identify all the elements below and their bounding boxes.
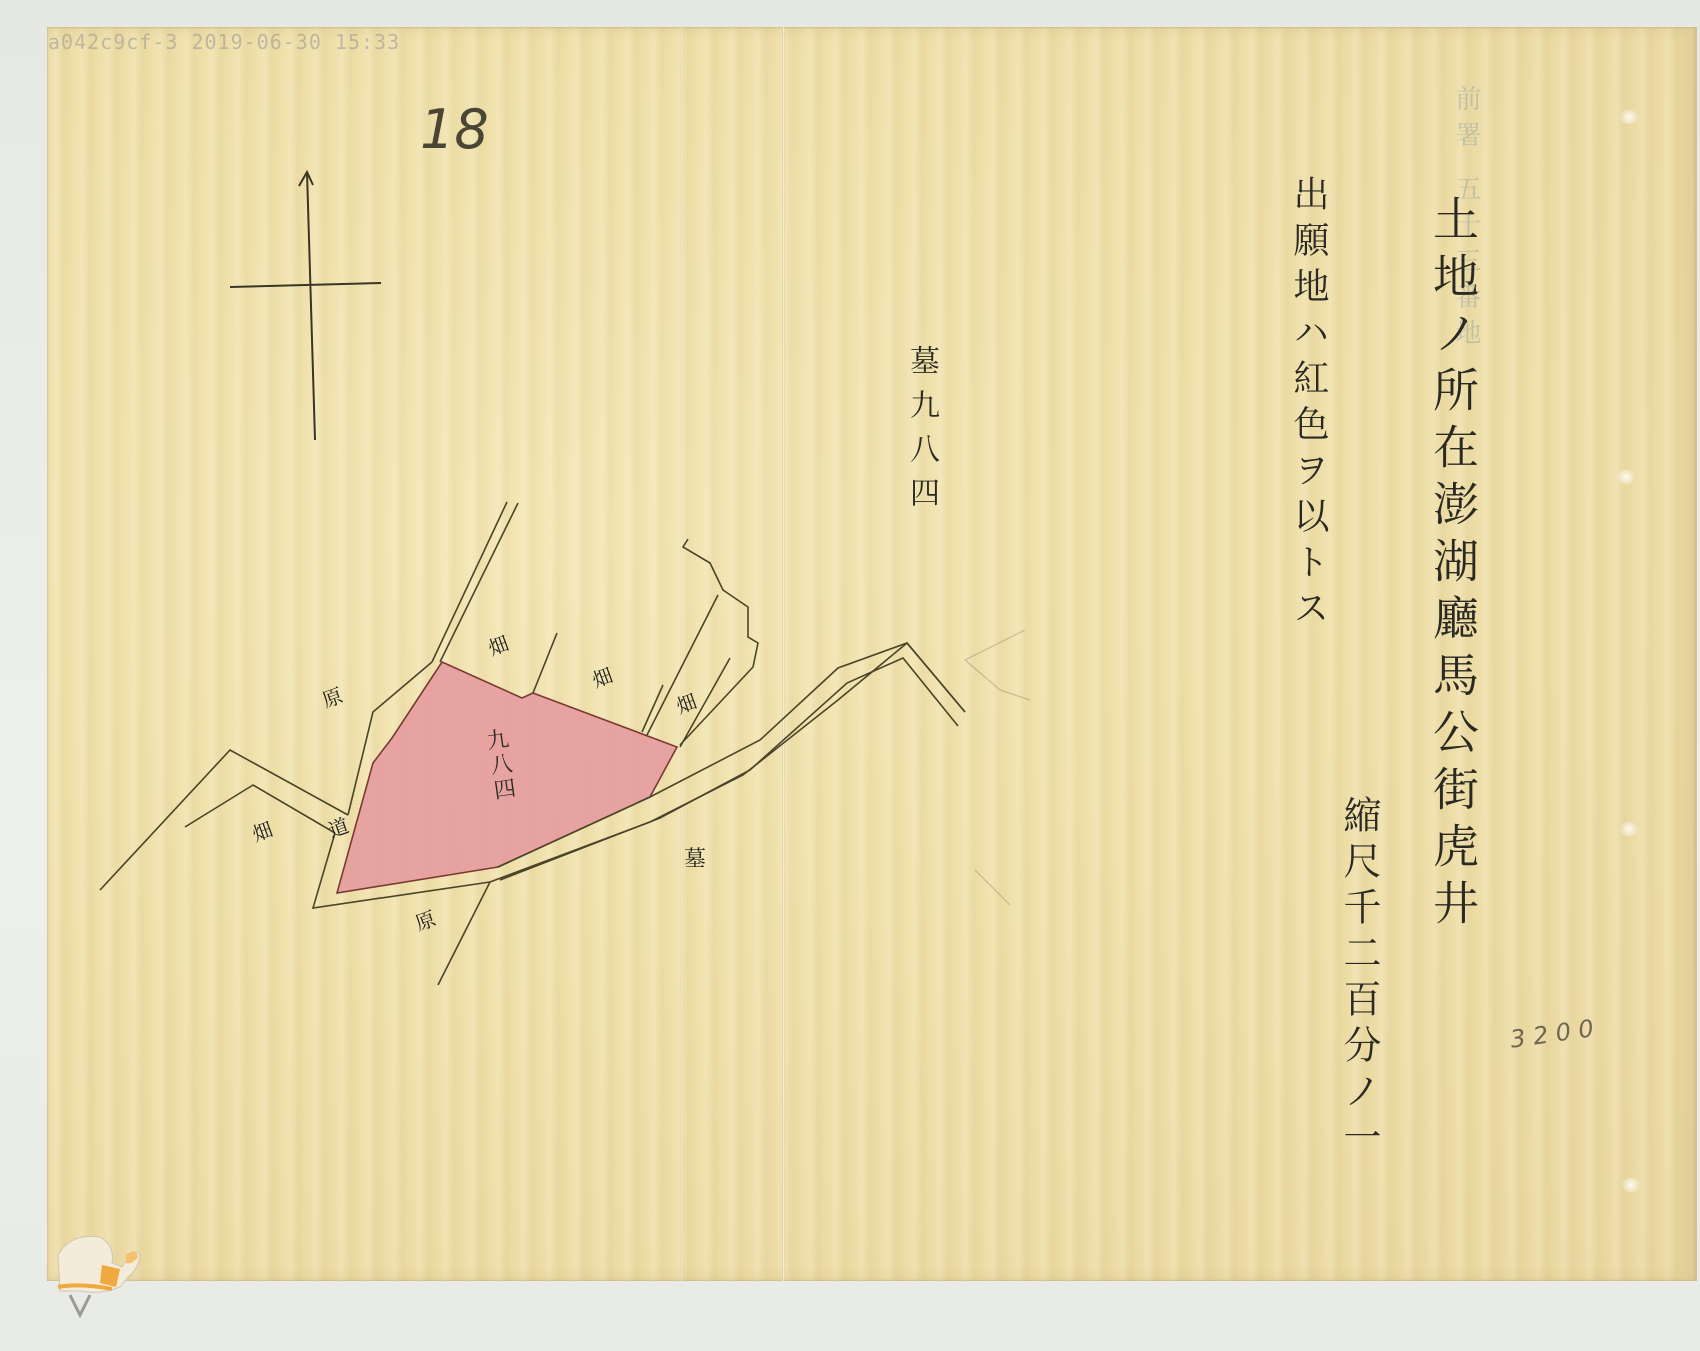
legend-line: 出願地ハ紅色ヲ以トス (1290, 175, 1326, 635)
north-arrow-icon (230, 172, 381, 440)
map-label-grave: 墓 (684, 842, 706, 873)
scale-line: 縮尺千二百分ノ一 (1340, 795, 1378, 1163)
neighbor-lot-label: 墓九八四 (906, 345, 936, 521)
archive-logo-icon (40, 1225, 150, 1335)
land-location-line: 土地ノ所在澎湖廳馬公街虎井 (1430, 195, 1476, 936)
